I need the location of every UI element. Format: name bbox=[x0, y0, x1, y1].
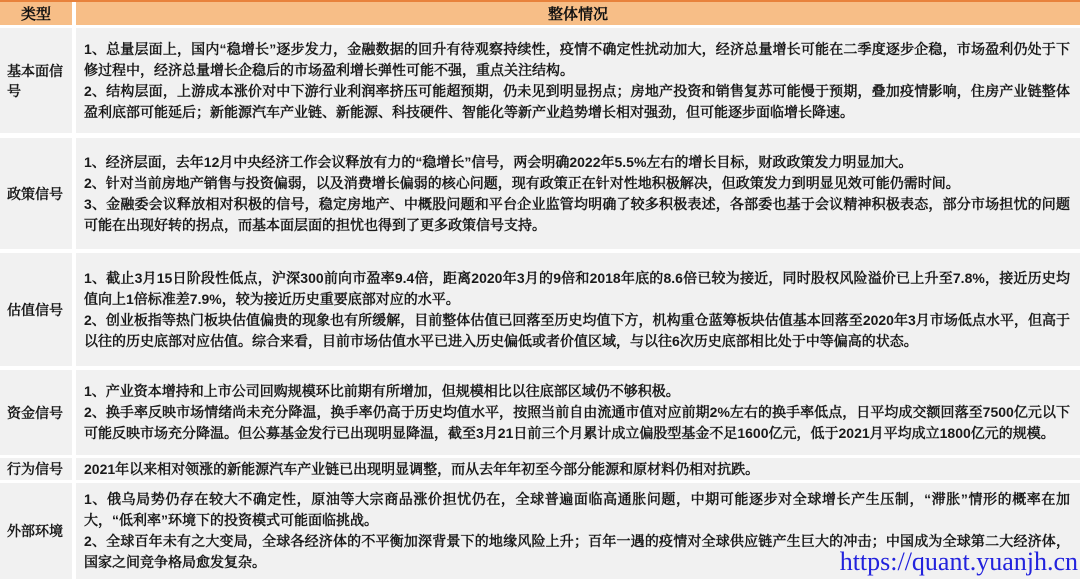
row-label: 行为信号 bbox=[0, 458, 72, 480]
row-label: 估值信号 bbox=[0, 253, 72, 366]
row-content-paragraph: 2、换手率反映市场情绪尚未充分降温，换手率仍高于历史均值水平，按照当前自由流通市… bbox=[84, 402, 1070, 444]
row-label: 基本面信号 bbox=[0, 28, 72, 133]
row-content-paragraph: 2、结构层面，上游成本涨价对中下游行业利润率挤压可能超预期，仍未见到明显拐点；房… bbox=[84, 81, 1070, 123]
row-content-paragraph: 3、金融委会议释放相对积极的信号，稳定房地产、中概股问题和平台企业监管均明确了较… bbox=[84, 194, 1070, 236]
row-content-paragraph: 1、截止3月15日阶段性低点，沪深300前向市盈率9.4倍，距离2020年3月的… bbox=[84, 268, 1070, 310]
row-label: 政策信号 bbox=[0, 138, 72, 249]
table-row-fundamentals: 基本面信号 1、总量层面上，国内“稳增长”逐步发力，金融数据的回升有待观察持续性… bbox=[0, 28, 1080, 133]
row-content-paragraph: 1、产业资本增持和上市公司回购规模环比前期有所增加，但规模相比以往底部区域仍不够… bbox=[84, 381, 1070, 402]
row-label: 资金信号 bbox=[0, 370, 72, 455]
table-row-funds: 资金信号 1、产业资本增持和上市公司回购规模环比前期有所增加，但规模相比以往底部… bbox=[0, 370, 1080, 455]
row-content-paragraph: 2021年以来相对领涨的新能源汽车产业链已出现明显调整，而从去年年初至今部分能源… bbox=[84, 459, 1070, 480]
watermark-url: https://quant.yuanjh.cn bbox=[840, 547, 1078, 577]
row-content: 1、截止3月15日阶段性低点，沪深300前向市盈率9.4倍，距离2020年3月的… bbox=[76, 253, 1080, 366]
header-cell-overview: 整体情况 bbox=[76, 2, 1080, 25]
row-content: 1、产业资本增持和上市公司回购规模环比前期有所增加，但规模相比以往底部区域仍不够… bbox=[76, 370, 1080, 455]
table-row-behavior: 行为信号 2021年以来相对领涨的新能源汽车产业链已出现明显调整，而从去年年初至… bbox=[0, 458, 1080, 480]
row-content-paragraph: 2、创业板指等热门板块估值偏贵的现象也有所缓解，目前整体估值已回落至历史均值下方… bbox=[84, 310, 1070, 352]
row-content: 1、总量层面上，国内“稳增长”逐步发力，金融数据的回升有待观察持续性，疫情不确定… bbox=[76, 28, 1080, 133]
row-label: 外部环境 bbox=[0, 483, 72, 579]
table-header-row: 类型 整体情况 bbox=[0, 0, 1080, 25]
row-content: 1、经济层面，去年12月中央经济工作会议释放有力的“稳增长”信号，两会明确202… bbox=[76, 138, 1080, 249]
signal-summary-table-page: 类型 整体情况 基本面信号 1、总量层面上，国内“稳增长”逐步发力，金融数据的回… bbox=[0, 0, 1080, 581]
table-row-policy: 政策信号 1、经济层面，去年12月中央经济工作会议释放有力的“稳增长”信号，两会… bbox=[0, 138, 1080, 249]
table-row-valuation: 估值信号 1、截止3月15日阶段性低点，沪深300前向市盈率9.4倍，距离202… bbox=[0, 253, 1080, 366]
row-content-paragraph: 1、经济层面，去年12月中央经济工作会议释放有力的“稳增长”信号，两会明确202… bbox=[84, 152, 1070, 173]
row-content-paragraph: 1、俄乌局势仍存在较大不确定性，原油等大宗商品涨价担忧仍在，全球普遍面临高通胀问… bbox=[84, 489, 1070, 531]
row-content: 2021年以来相对领涨的新能源汽车产业链已出现明显调整，而从去年年初至今部分能源… bbox=[76, 458, 1080, 480]
header-cell-type: 类型 bbox=[0, 2, 72, 25]
row-content-paragraph: 2、针对当前房地产销售与投资偏弱，以及消费增长偏弱的核心问题，现有政策正在针对性… bbox=[84, 173, 1070, 194]
row-content-paragraph: 1、总量层面上，国内“稳增长”逐步发力，金融数据的回升有待观察持续性，疫情不确定… bbox=[84, 39, 1070, 81]
